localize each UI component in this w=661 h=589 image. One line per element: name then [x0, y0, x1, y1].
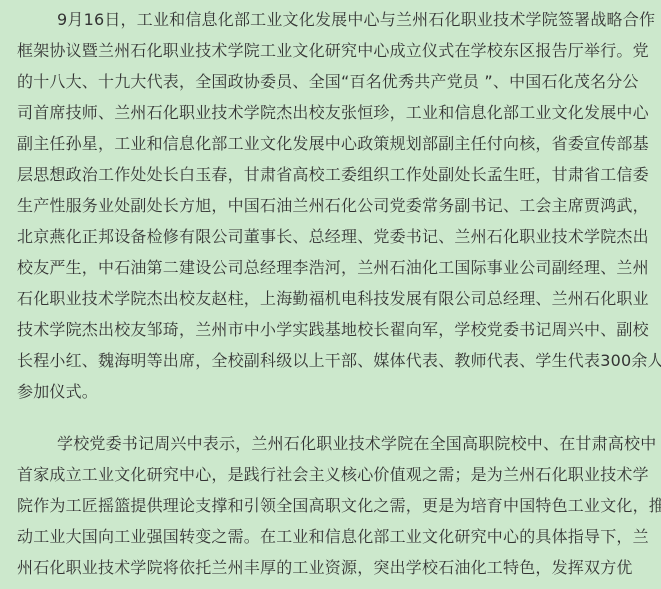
paragraph-1-line-11: 技术学院杰出校友邹琦，兰州市中小学实践基地校长翟向军，学校党委书记周兴中、副校 [17, 314, 649, 345]
paragraph-2-line-1: 学校党委书记周兴中表示，兰州石化职业技术学院在全国高职院校中、在甘肃高校中 [57, 428, 656, 459]
paragraph-2-line-5: 州石化职业技术学院将依托兰州丰厚的工业资源，突出学校石油化工特色，发挥双方优 [17, 552, 633, 583]
article-body: 9月16日，工业和信息化部工业文化发展中心与兰州石化职业技术学院签署战略合作 框… [0, 0, 661, 4]
paragraph-1-line-4: 司首席技师、兰州石化职业技术学院杰出校友张恒珍，工业和信息化部工业文化发展中心 [17, 97, 649, 128]
paragraph-1-line-9: 校友严生，中石油第二建设公司总经理李浩河，兰州石油化工国际事业公司副经理、兰州 [17, 252, 649, 283]
paragraph-1-line-3: 的十八大、十九大代表，全国政协委员、全国“百名优秀共产党员 ”、中国石化茂名分公 [17, 66, 639, 97]
paragraph-1-line-1: 9月16日，工业和信息化部工业文化发展中心与兰州石化职业技术学院签署战略合作 [57, 4, 655, 35]
paragraph-1-line-7: 生产性服务业处副处长方旭，中国石油兰州石化公司党委常务副书记、工会主席贾鸿武， [17, 190, 649, 221]
paragraph-1-line-6: 层思想政治工作处处长白玉春，甘肃省高校工委组织工作处副处长孟生旺，甘肃省工信委 [17, 159, 649, 190]
paragraph-1-line-5: 副主任孙星，工业和信息化部工业文化发展中心政策规划部副主任付向核，省委宣传部基 [17, 128, 649, 159]
paragraph-2-line-4: 动工业大国向工业强国转变之需。在工业和信息化部工业文化研究中心的具体指导下，兰 [17, 521, 649, 552]
paragraph-1-line-10: 石化职业技术学院杰出校友赵柱，上海勤福机电科技发展有限公司总经理、兰州石化职业 [17, 283, 649, 314]
paragraph-2-line-3: 院作为工匠摇篮提供理论支撑和引领全国高职文化之需，更是为培育中国特色工业文化，推 [17, 490, 661, 521]
paragraph-1-line-2: 框架协议暨兰州石化职业技术学院工业文化研究中心成立仪式在学校东区报告厅举行。党 [17, 35, 649, 66]
paragraph-1-line-12: 长程小红、魏海明等出席，全校副科级以上干部、媒体代表、教师代表、学生代表300余… [17, 345, 661, 376]
paragraph-1-line-13: 参加仪式。 [17, 376, 98, 407]
paragraph-2-line-2: 首家成立工业文化研究中心，是践行社会主义核心价值观之需；是为兰州石化职业技术学 [17, 459, 649, 490]
paragraph-1-line-8: 北京燕化正邦设备检修有限公司董事长、总经理、党委书记、兰州石化职业技术学院杰出 [17, 221, 649, 252]
